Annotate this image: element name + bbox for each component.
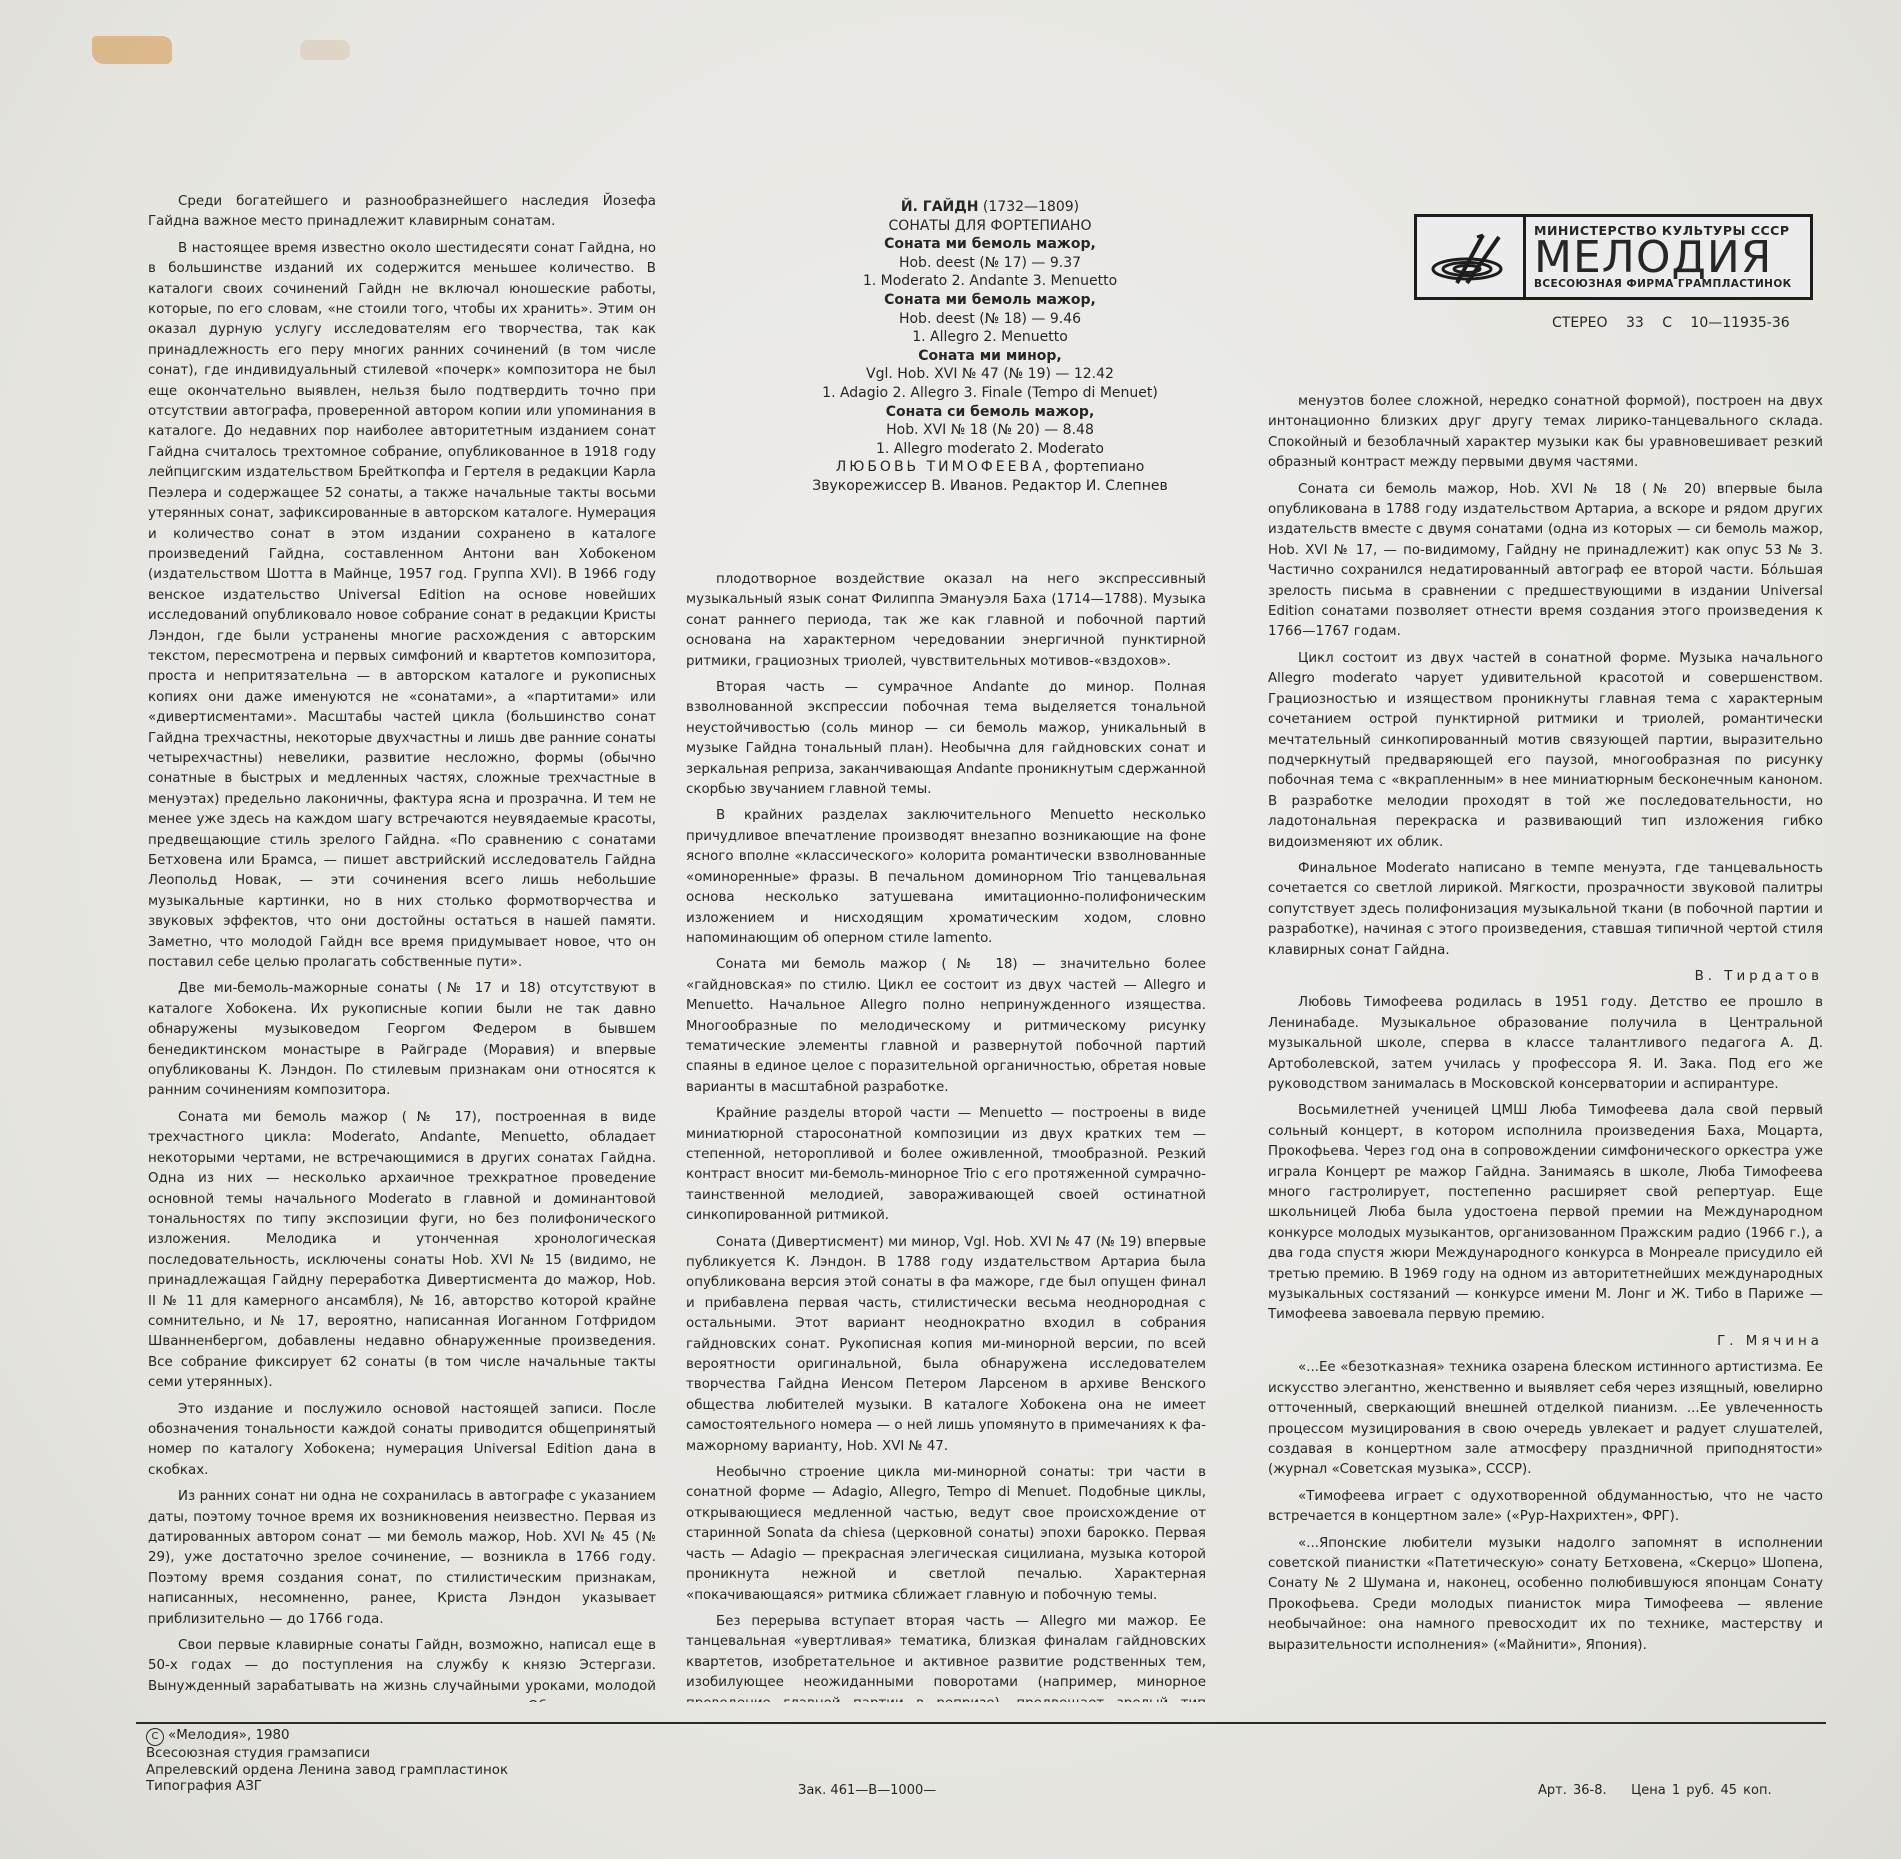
paragraph: В крайних разделах заключительного Menue…: [686, 806, 1206, 949]
order-number: Зак. 461—В—1000—: [798, 1783, 936, 1798]
recording-studio: Всесоюзная студия грамзаписи: [146, 1746, 508, 1763]
price-line: Арт. 36-8. Цена 1 руб. 45 коп.: [1538, 1783, 1772, 1798]
paragraph: Цикл состоит из двух частей в сонатной ф…: [1268, 649, 1823, 853]
paragraph: Восьмилетней ученицей ЦМШ Люба Тимофеева…: [1268, 1101, 1823, 1325]
footer-credits: C«Мелодия», 1980 Всесоюзная студия грамз…: [146, 1728, 508, 1796]
copyright-icon: C: [146, 1728, 164, 1746]
sonata-name: Соната ми бемоль мажор,: [800, 291, 1180, 310]
paragraph: Вторая часть — сумрачное Andante до мино…: [686, 678, 1206, 800]
liner-notes-middle-column: плодотворное воздействие оказал на него …: [686, 570, 1206, 1702]
logo-text: МИНИСТЕРСТВО КУЛЬТУРЫ СССР МЕЛОДИЯ ВСЕСО…: [1526, 217, 1810, 297]
performer-instrument: , фортепиано: [1045, 459, 1145, 475]
paragraph: Соната (Дивертисмент) ми минор, Vgl. Hob…: [686, 1233, 1206, 1457]
copyright-line: C«Мелодия», 1980: [146, 1728, 508, 1746]
sonata-catalog: Vgl. Hob. XVI № 47 (№ 19) — 12.42: [800, 365, 1180, 384]
paragraph: Соната ми бемоль мажор (№ 18) — значител…: [686, 955, 1206, 1098]
liner-notes-right-column: менуэтов более сложной, нередко сонатной…: [1268, 392, 1823, 1710]
sonata-entry: Соната ми минор,Vgl. Hob. XVI № 47 (№ 19…: [800, 347, 1180, 403]
sonata-catalog: Hob. XVI № 18 (№ 20) — 8.48: [800, 421, 1180, 440]
sonata-movements: 1. Allegro 2. Menuetto: [800, 328, 1180, 347]
paragraph: В настоящее время известно около шестиде…: [148, 239, 656, 974]
paragraph: Две ми-бемоль-мажорные сонаты (№ 17 и 18…: [148, 979, 656, 1101]
sonata-movements: 1. Adagio 2. Allegro 3. Finale (Tempo di…: [800, 384, 1180, 403]
paragraph: Из ранних сонат ни одна не сохранилась в…: [148, 1487, 656, 1630]
paragraph: Соната си бемоль мажор, Hob. XVI № 18 (№…: [1268, 480, 1823, 643]
sonata-movements: 1. Allegro moderato 2. Moderato: [800, 440, 1180, 459]
sonata-list: Соната ми бемоль мажор,Hob. deest (№ 17)…: [800, 235, 1180, 458]
sonata-catalog: Hob. deest (№ 18) — 9.46: [800, 310, 1180, 329]
author-signature: Г. Мячина: [1268, 1332, 1823, 1352]
paragraph: Свои первые клавирные сонаты Гайдн, возм…: [148, 1636, 656, 1702]
melodiya-record-emblem-icon: [1417, 217, 1526, 297]
paragraph: «...Ее «безотказная» техника озарена бле…: [1268, 1358, 1823, 1480]
paragraph: менуэтов более сложной, нередко сонатной…: [1268, 392, 1823, 474]
paragraph: «Тимофеева играет с одухотворенной обдум…: [1268, 1487, 1823, 1528]
paragraph: Без перерыва вступает вторая часть — All…: [686, 1612, 1206, 1702]
catalog-code: 33 С 10—11935-36: [1626, 315, 1790, 331]
pressing-plant: Апрелевский ордена Ленина завод грамплас…: [146, 1763, 508, 1780]
sonata-catalog: Hob. deest (№ 17) — 9.37: [800, 254, 1180, 273]
composer-years: (1732—1809): [983, 199, 1079, 215]
paragraph: Финальное Moderato написано в темпе мену…: [1268, 859, 1823, 961]
logo-brand: МЕЛОДИЯ: [1534, 238, 1810, 278]
paragraph: Необычно строение цикла ми-минорной сона…: [686, 1463, 1206, 1606]
paper-stain: [92, 36, 172, 64]
composer-name: Й. ГАЙДН: [901, 199, 979, 215]
copyright-text: «Мелодия», 1980: [168, 1728, 290, 1743]
paragraph: Любовь Тимофеева родилась в 1951 году. Д…: [1268, 993, 1823, 1095]
sonata-entry: Соната ми бемоль мажор,Hob. deest (№ 17)…: [800, 235, 1180, 291]
catalog-number: СТЕРЕО 33 С 10—11935-36: [1552, 315, 1790, 331]
sonata-entry: Соната си бемоль мажор,Hob. XVI № 18 (№ …: [800, 403, 1180, 459]
paragraph: «...Японские любители музыки надолго зап…: [1268, 1534, 1823, 1656]
stereo-label: СТЕРЕО: [1552, 315, 1607, 331]
liner-notes-left-column: Среди богатейшего и разнообразнейшего на…: [148, 192, 656, 1702]
sonata-name: Соната ми бемоль мажор,: [800, 235, 1180, 254]
sonata-name: Соната си бемоль мажор,: [800, 403, 1180, 422]
paragraph: Крайние разделы второй части — Menuetto …: [686, 1104, 1206, 1226]
sonata-name: Соната ми минор,: [800, 347, 1180, 366]
sonata-movements: 1. Moderato 2. Andante 3. Menuetto: [800, 272, 1180, 291]
performer-line: ЛЮБОВЬ ТИМОФЕЕВА, фортепиано: [800, 458, 1180, 477]
printing-house: Типография АЗГ: [146, 1779, 508, 1796]
article-number: Арт. 36-8.: [1538, 1783, 1607, 1798]
paragraph: Соната ми бемоль мажор (№ 17), построенн…: [148, 1108, 656, 1394]
record-sleeve-back: Среди богатейшего и разнообразнейшего на…: [0, 0, 1901, 1859]
tracklist: Й. ГАЙДН (1732—1809) СОНАТЫ ДЛЯ ФОРТЕПИА…: [800, 198, 1180, 496]
footer-divider: [136, 1722, 1826, 1724]
performer-name: ЛЮБОВЬ ТИМОФЕЕВА: [836, 459, 1045, 475]
sonata-entry: Соната ми бемоль мажор,Hob. deest (№ 18)…: [800, 291, 1180, 347]
production-credits: Звукорежиссер В. Иванов. Редактор И. Сле…: [800, 477, 1180, 496]
paragraph: Это издание и послужило основой настояще…: [148, 1400, 656, 1482]
paper-stain: [300, 40, 350, 60]
author-signature: В. Тирдатов: [1268, 967, 1823, 987]
composer-line: Й. ГАЙДН (1732—1809): [800, 198, 1180, 217]
paragraph: Среди богатейшего и разнообразнейшего на…: [148, 192, 656, 233]
paragraph: плодотворное воздействие оказал на него …: [686, 570, 1206, 672]
logo-firm: ВСЕСОЮЗНАЯ ФИРМА ГРАМПЛАСТИНОК: [1534, 278, 1810, 291]
melodiya-logo: МИНИСТЕРСТВО КУЛЬТУРЫ СССР МЕЛОДИЯ ВСЕСО…: [1414, 214, 1813, 300]
price: Цена 1 руб. 45 коп.: [1631, 1783, 1771, 1798]
album-title: СОНАТЫ ДЛЯ ФОРТЕПИАНО: [800, 217, 1180, 236]
